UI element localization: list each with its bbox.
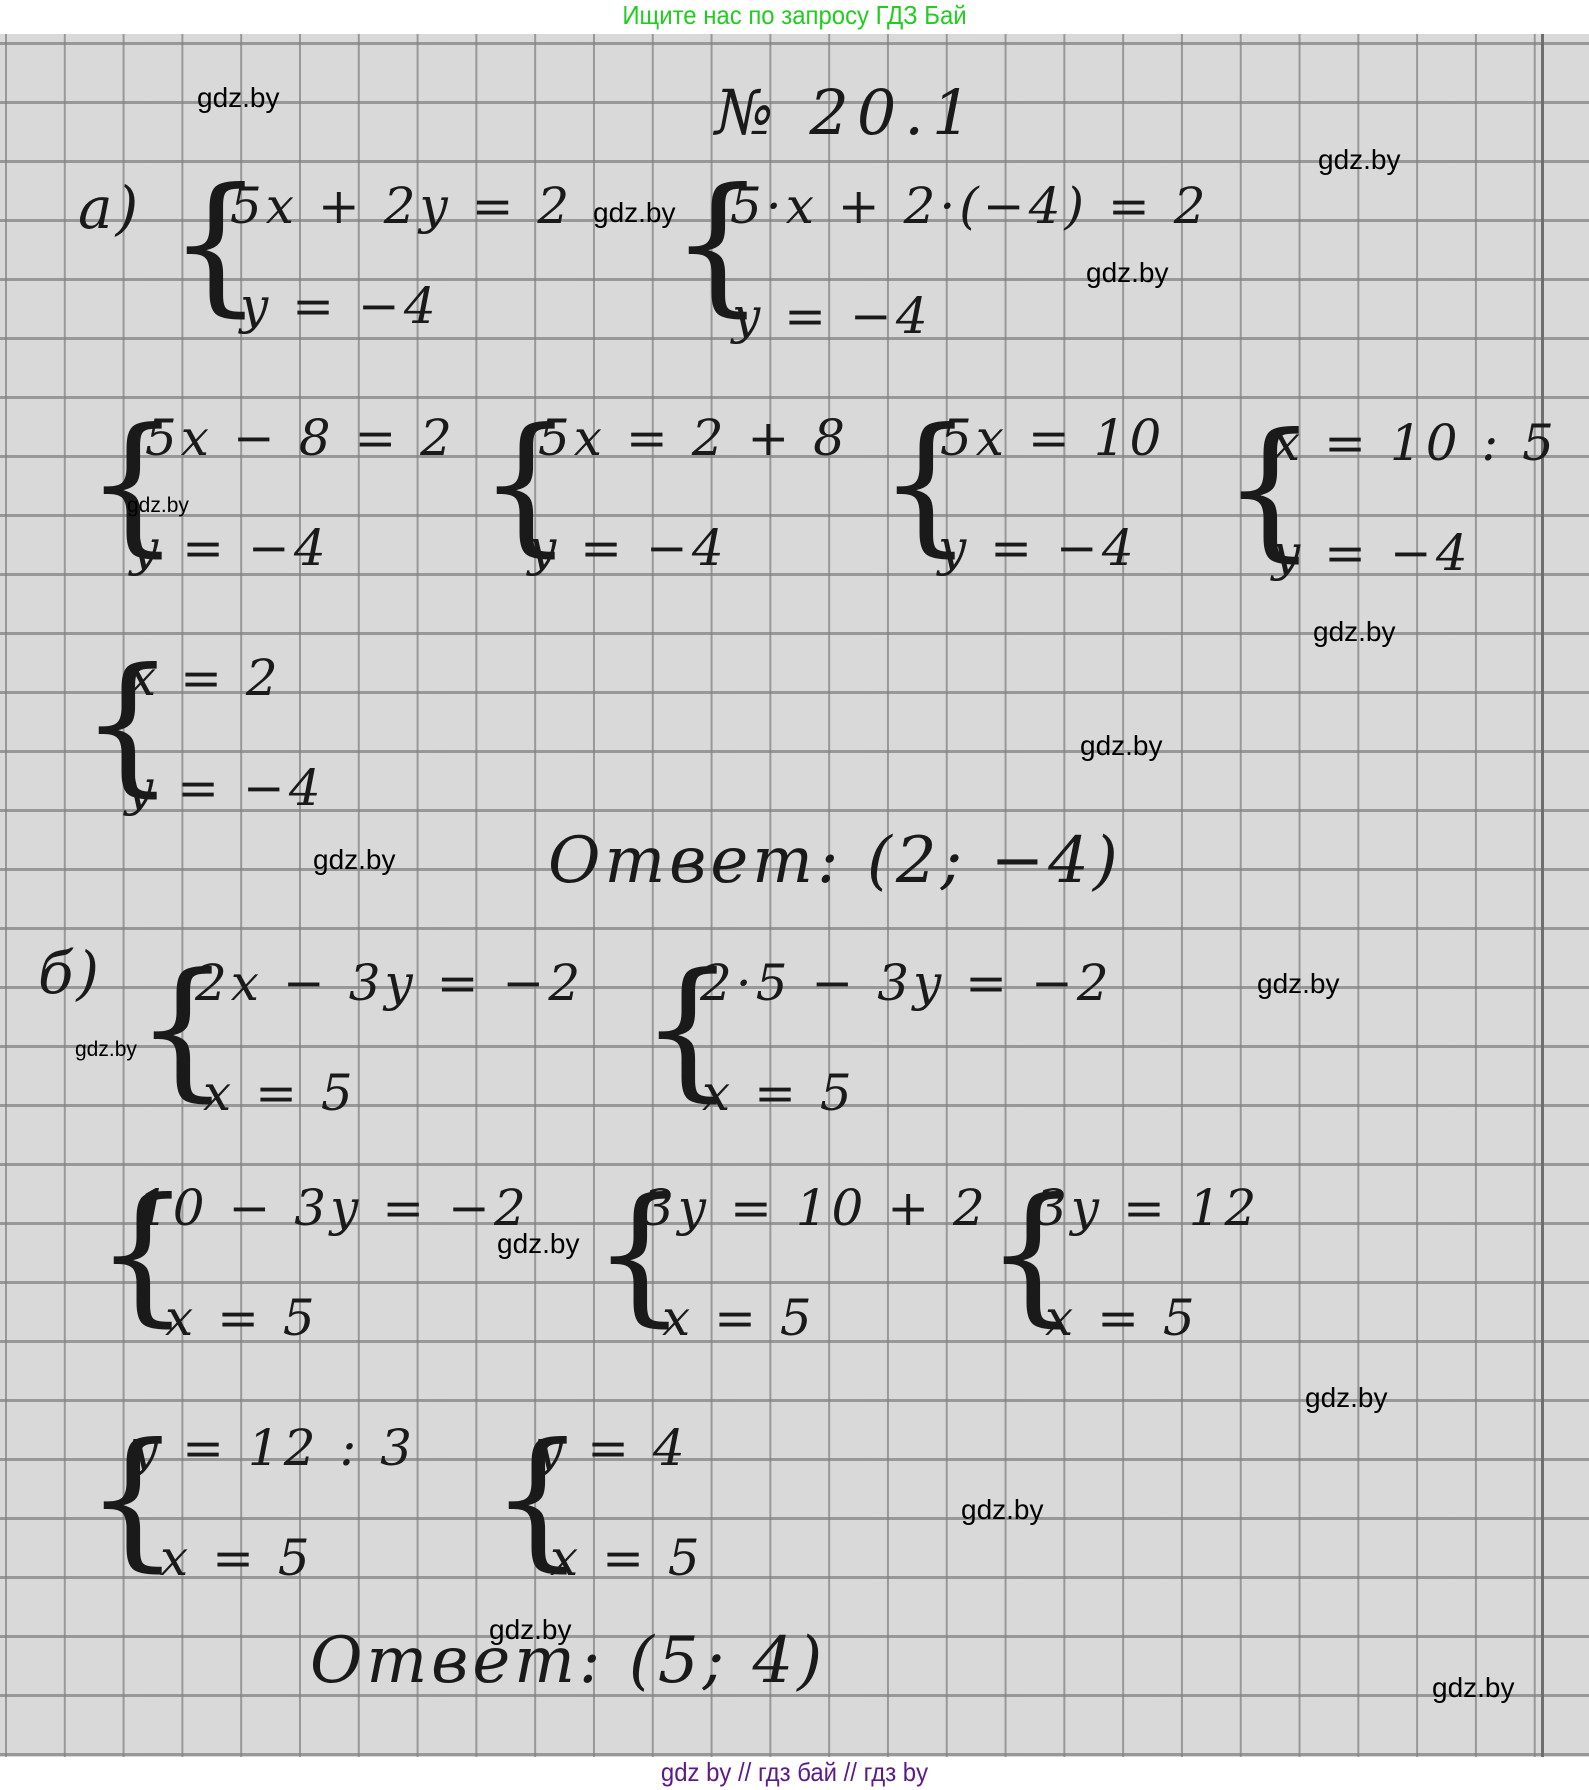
watermark: gdz.by xyxy=(497,1228,580,1260)
equation-line: x = 5 xyxy=(550,1529,704,1587)
equation-line: x = 5 xyxy=(662,1289,816,1347)
equation-line: x = 5 xyxy=(165,1289,319,1347)
watermark: gdz.by xyxy=(1080,730,1163,762)
watermark: gdz.by xyxy=(313,844,396,876)
watermark: gdz.by xyxy=(1432,1672,1515,1704)
bottom-banner: gdz by // гдз бай // гдз by xyxy=(64,1757,1526,1790)
watermark: gdz.by xyxy=(1086,257,1169,289)
equation-line: 2x − 3y = −2 xyxy=(195,954,584,1012)
equation-line: y = −4 xyxy=(240,277,440,335)
equation-line: y = −4 xyxy=(732,287,932,345)
equation-line: 5·x + 2·(−4) = 2 xyxy=(730,177,1210,235)
answer-a: Ответ: (2; −4) xyxy=(548,824,1122,898)
watermark: gdz.by xyxy=(1305,1382,1388,1414)
watermark: gdz.by xyxy=(1313,616,1396,648)
watermark: gdz.by xyxy=(1318,144,1401,176)
equation-line: 3y = 12 xyxy=(1035,1179,1260,1237)
margin-line xyxy=(1541,34,1544,1757)
equation-line: 5x − 8 = 2 xyxy=(145,409,456,467)
equation-line: 10 − 3y = −2 xyxy=(137,1179,530,1237)
equation-line: 3y = 10 + 2 xyxy=(642,1179,989,1237)
part-a-label: а) xyxy=(78,174,141,242)
equation-line: 2·5 − 3y = −2 xyxy=(700,954,1113,1012)
equation-line: 5x = 2 + 8 xyxy=(538,409,849,467)
equation-line: y = −4 xyxy=(125,759,325,817)
problem-number: № 20.1 xyxy=(715,76,979,149)
equation-line: x = 5 xyxy=(203,1064,357,1122)
equation-line: x = 5 xyxy=(160,1529,314,1587)
equation-line: x = 5 xyxy=(1045,1289,1199,1347)
part-b-label: б) xyxy=(38,939,102,1007)
equation-line: 5x = 10 xyxy=(940,409,1165,467)
equation-line: y = 4 xyxy=(535,1419,689,1477)
equation-line: y = 12 : 3 xyxy=(130,1419,416,1477)
equation-line: 5x + 2y = 2 xyxy=(230,177,573,235)
top-banner: Ищите нас по запросу ГДЗ Бай xyxy=(64,0,1526,34)
watermark: gdz.by xyxy=(961,1494,1044,1526)
equation-line: y = −4 xyxy=(938,519,1138,577)
notebook-page: № 20.1 а) { 5x + 2y = 2 y = −4 { 5·x + 2… xyxy=(0,34,1589,1757)
watermark: gdz.by xyxy=(593,197,676,229)
watermark: gdz.by xyxy=(489,1614,572,1646)
equation-line: x = 10 : 5 xyxy=(1272,414,1558,472)
equation-line: y = −4 xyxy=(528,519,728,577)
equation-line: y = −4 xyxy=(1272,524,1472,582)
watermark: gdz.by xyxy=(1257,968,1340,1000)
equation-line: y = −4 xyxy=(130,519,330,577)
watermark: gdz.by xyxy=(127,494,189,518)
watermark: gdz.by xyxy=(197,82,280,114)
watermark: gdz.by xyxy=(75,1038,137,1062)
equation-line: x = 5 xyxy=(702,1064,856,1122)
equation-line: x = 2 xyxy=(128,649,282,707)
